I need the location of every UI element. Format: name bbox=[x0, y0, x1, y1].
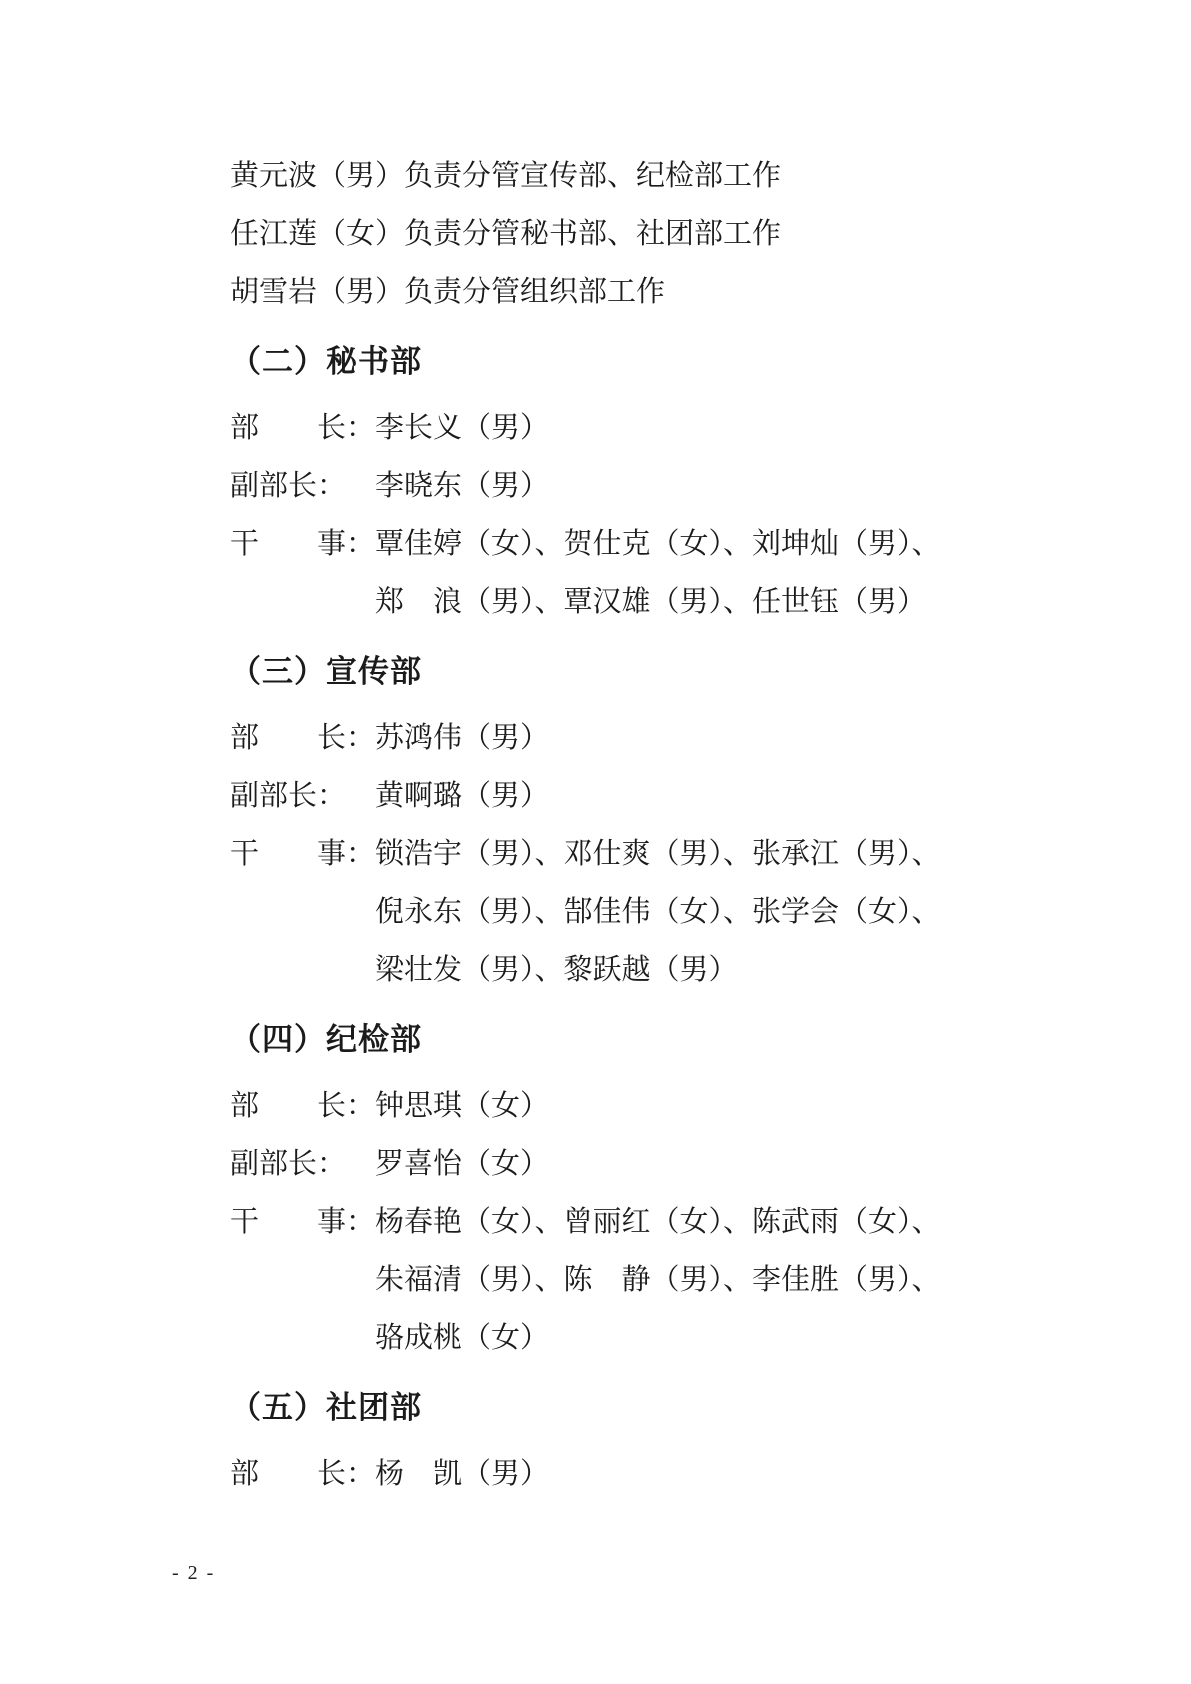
role-label: 干 事： bbox=[230, 825, 375, 883]
member-names: 杨春艳（女）、曾丽红（女）、陈武雨（女）、朱福清（男）、陈 静（男）、李佳胜（男… bbox=[375, 1193, 975, 1367]
section-heading: （五）社团部 bbox=[230, 1379, 975, 1437]
intro-line: 黄元波（男）负责分管宣传部、纪检部工作 bbox=[230, 147, 975, 205]
intro-line: 任江莲（女）负责分管秘书部、社团部工作 bbox=[230, 205, 975, 263]
role-label: 干 事： bbox=[230, 1193, 375, 1251]
member-names: 杨 凯（男） bbox=[375, 1445, 975, 1503]
member-line: 朱福清（男）、陈 静（男）、李佳胜（男）、 bbox=[375, 1251, 975, 1309]
role-label: 副部长： bbox=[230, 767, 375, 825]
member-names: 覃佳婷（女）、贺仕克（女）、刘坤灿（男）、郑 浪（男）、覃汉雄（男）、任世钰（男… bbox=[375, 515, 975, 631]
member-names: 黄啊璐（男） bbox=[375, 767, 975, 825]
member-line: 钟思琪（女） bbox=[375, 1077, 975, 1135]
member-line: 锁浩宇（男）、邓仕爽（男）、张承江（男）、 bbox=[375, 825, 975, 883]
roster-row: 副部长：黄啊璐（男） bbox=[230, 767, 975, 825]
member-line: 李晓东（男） bbox=[375, 457, 975, 515]
roster-row: 干 事：锁浩宇（男）、邓仕爽（男）、张承江（男）、倪永东（男）、郜佳伟（女）、张… bbox=[230, 825, 975, 999]
role-label: 部 长： bbox=[230, 1077, 375, 1135]
member-line: 苏鸿伟（男） bbox=[375, 709, 975, 767]
role-label: 部 长： bbox=[230, 709, 375, 767]
roster-row: 部 长：钟思琪（女） bbox=[230, 1077, 975, 1135]
member-line: 杨春艳（女）、曾丽红（女）、陈武雨（女）、 bbox=[375, 1193, 975, 1251]
member-names: 李晓东（男） bbox=[375, 457, 975, 515]
intro-line: 胡雪岩（男）负责分管组织部工作 bbox=[230, 263, 975, 321]
section-heading: （四）纪检部 bbox=[230, 1011, 975, 1069]
roster-row: 副部长：罗喜怡（女） bbox=[230, 1135, 975, 1193]
member-names: 罗喜怡（女） bbox=[375, 1135, 975, 1193]
member-names: 李长义（男） bbox=[375, 399, 975, 457]
member-line: 罗喜怡（女） bbox=[375, 1135, 975, 1193]
member-line: 郑 浪（男）、覃汉雄（男）、任世钰（男） bbox=[375, 573, 975, 631]
page-number: - 2 - bbox=[172, 1562, 215, 1585]
member-line: 骆成桃（女） bbox=[375, 1309, 975, 1367]
role-label: 部 长： bbox=[230, 1445, 375, 1503]
member-line: 覃佳婷（女）、贺仕克（女）、刘坤灿（男）、 bbox=[375, 515, 975, 573]
roster-row: 副部长：李晓东（男） bbox=[230, 457, 975, 515]
department-sections: （二）秘书部部 长：李长义（男）副部长：李晓东（男）干 事：覃佳婷（女）、贺仕克… bbox=[230, 333, 975, 1503]
roster-row: 干 事：覃佳婷（女）、贺仕克（女）、刘坤灿（男）、郑 浪（男）、覃汉雄（男）、任… bbox=[230, 515, 975, 631]
section-heading: （三）宣传部 bbox=[230, 643, 975, 701]
roster-row: 部 长：杨 凯（男） bbox=[230, 1445, 975, 1503]
document-page: 黄元波（男）负责分管宣传部、纪检部工作任江莲（女）负责分管秘书部、社团部工作胡雪… bbox=[0, 0, 1191, 1684]
role-label: 干 事： bbox=[230, 515, 375, 573]
department-section: （五）社团部部 长：杨 凯（男） bbox=[230, 1379, 975, 1503]
member-line: 李长义（男） bbox=[375, 399, 975, 457]
member-line: 梁壮发（男）、黎跃越（男） bbox=[375, 941, 975, 999]
roster-row: 部 长：苏鸿伟（男） bbox=[230, 709, 975, 767]
role-label: 副部长： bbox=[230, 1135, 375, 1193]
member-names: 锁浩宇（男）、邓仕爽（男）、张承江（男）、倪永东（男）、郜佳伟（女）、张学会（女… bbox=[375, 825, 975, 999]
document-content: 黄元波（男）负责分管宣传部、纪检部工作任江莲（女）负责分管秘书部、社团部工作胡雪… bbox=[230, 147, 975, 1503]
member-line: 杨 凯（男） bbox=[375, 1445, 975, 1503]
member-line: 倪永东（男）、郜佳伟（女）、张学会（女）、 bbox=[375, 883, 975, 941]
department-section: （三）宣传部部 长：苏鸿伟（男）副部长：黄啊璐（男）干 事：锁浩宇（男）、邓仕爽… bbox=[230, 643, 975, 999]
section-heading: （二）秘书部 bbox=[230, 333, 975, 391]
roster-row: 部 长：李长义（男） bbox=[230, 399, 975, 457]
intro-paragraph: 黄元波（男）负责分管宣传部、纪检部工作任江莲（女）负责分管秘书部、社团部工作胡雪… bbox=[230, 147, 975, 321]
role-label: 部 长： bbox=[230, 399, 375, 457]
role-label: 副部长： bbox=[230, 457, 375, 515]
member-names: 钟思琪（女） bbox=[375, 1077, 975, 1135]
department-section: （二）秘书部部 长：李长义（男）副部长：李晓东（男）干 事：覃佳婷（女）、贺仕克… bbox=[230, 333, 975, 631]
roster-row: 干 事：杨春艳（女）、曾丽红（女）、陈武雨（女）、朱福清（男）、陈 静（男）、李… bbox=[230, 1193, 975, 1367]
member-names: 苏鸿伟（男） bbox=[375, 709, 975, 767]
member-line: 黄啊璐（男） bbox=[375, 767, 975, 825]
department-section: （四）纪检部部 长：钟思琪（女）副部长：罗喜怡（女）干 事：杨春艳（女）、曾丽红… bbox=[230, 1011, 975, 1367]
